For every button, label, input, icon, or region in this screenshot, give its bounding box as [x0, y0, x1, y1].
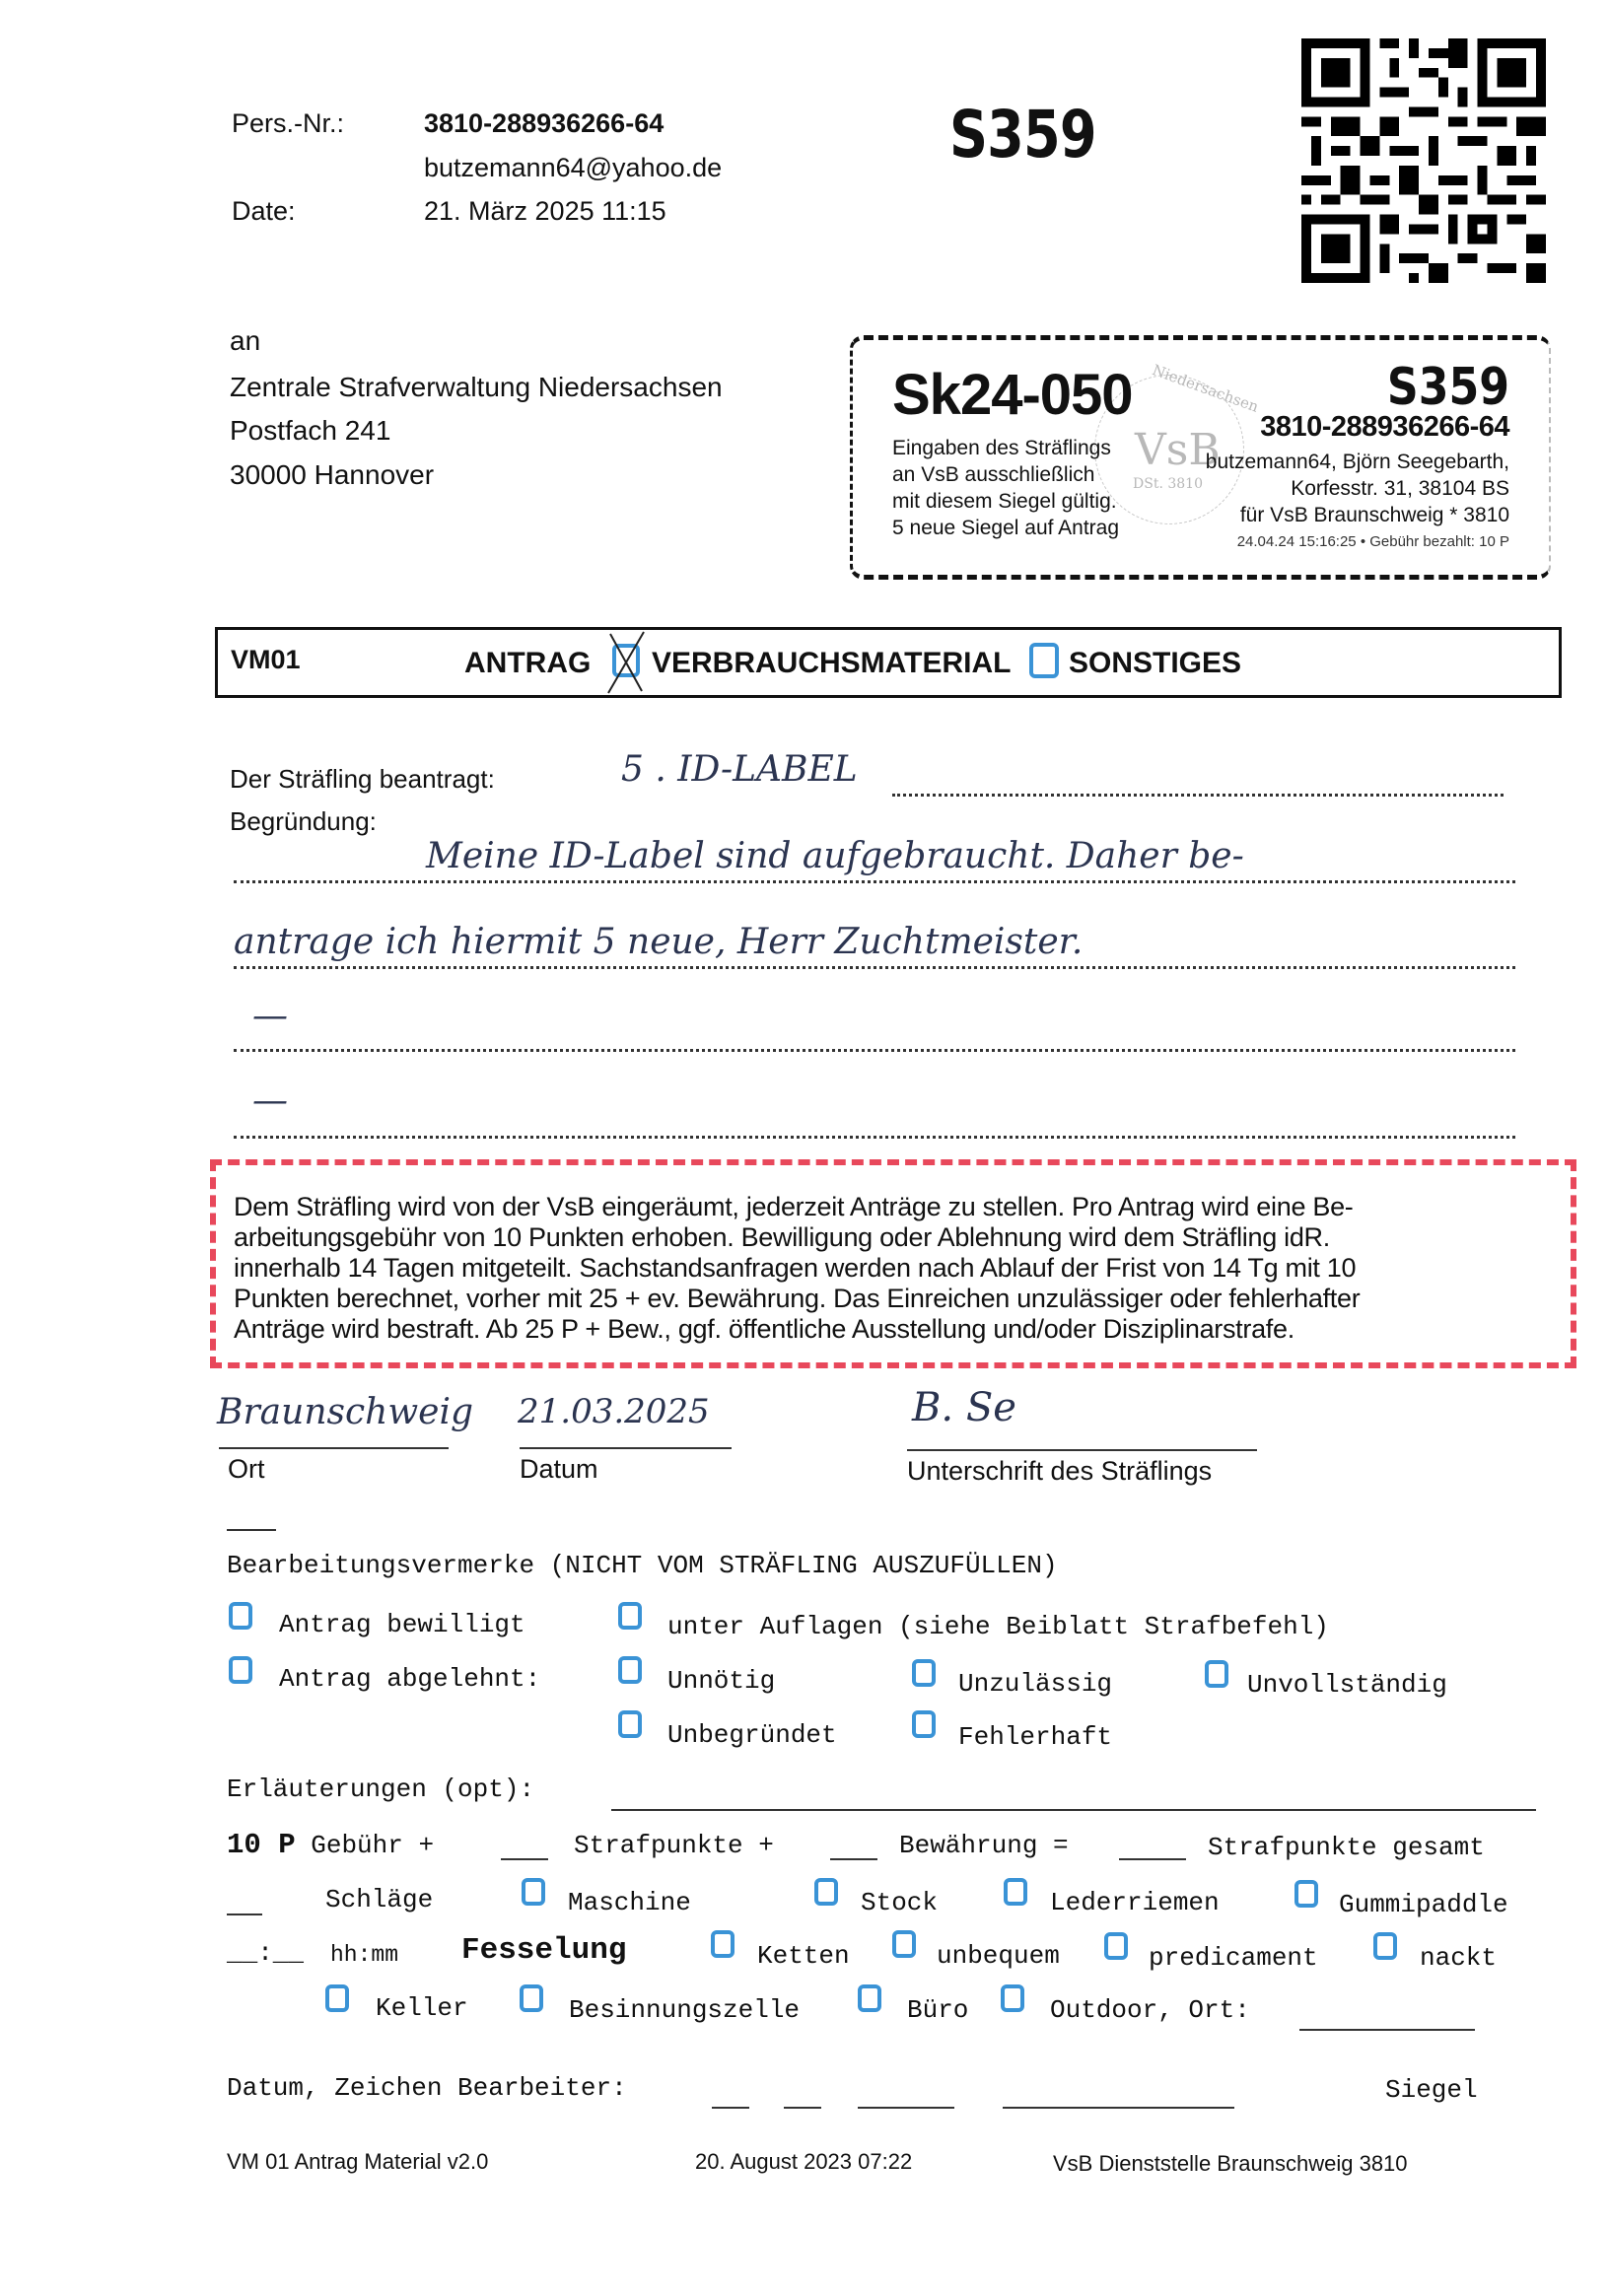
explanations-input[interactable]	[611, 1809, 1536, 1811]
checkbox-fehlerhaft[interactable]	[912, 1710, 936, 1738]
date-line	[520, 1447, 732, 1449]
email: butzemann64@yahoo.de	[424, 153, 722, 183]
total-input[interactable]	[1119, 1858, 1186, 1860]
inmate-code: S359	[949, 97, 1096, 173]
qr-code-icon	[1301, 37, 1546, 284]
conditional-label: unter Auflagen (siehe Beiblatt Strafbefe…	[667, 1612, 1329, 1641]
signature-label: Unterschrift des Sträflings	[907, 1456, 1212, 1487]
outdoor-location-input[interactable]	[1299, 2029, 1475, 2031]
checkbox-unbequem[interactable]	[892, 1930, 916, 1958]
restraint-label: Fesselung	[461, 1933, 626, 1968]
processor-label: Datum, Zeichen Bearbeiter:	[227, 2073, 627, 2103]
strokes-option: Stock	[861, 1888, 938, 1917]
date-label: Date:	[232, 196, 296, 227]
checkbox-lederriemen[interactable]	[1004, 1878, 1027, 1906]
form-code: VM01	[231, 645, 301, 675]
strokes-option: Maschine	[568, 1888, 691, 1917]
checkbox-stock[interactable]	[814, 1878, 838, 1906]
footer-office: VsB Dienststelle Braunschweig 3810	[1053, 2151, 1408, 2177]
checkbox-besinnungszelle[interactable]	[520, 1984, 543, 2012]
reason-unnoetig: Unnötig	[667, 1666, 775, 1696]
reason-line[interactable]: —	[252, 996, 288, 1036]
checkbox-maschine[interactable]	[522, 1878, 545, 1906]
checkbox-unnoetig[interactable]	[618, 1656, 642, 1684]
dotted-line	[892, 794, 1504, 797]
checkbox-keller[interactable]	[325, 1984, 349, 2012]
time-input[interactable]: __:__	[227, 1938, 304, 1968]
notice-text: Dem Sträfling wird von der VsB eingeräum…	[234, 1192, 1360, 1345]
checkbox-unbegruendet[interactable]	[618, 1710, 642, 1738]
date-label-sig: Datum	[520, 1454, 598, 1485]
seal-label: Siegel	[1385, 2075, 1478, 2105]
reason-line[interactable]: Meine ID-Label sind aufgebraucht. Daher …	[426, 836, 1244, 876]
probation-input[interactable]	[830, 1858, 877, 1860]
approved-label: Antrag bewilligt	[279, 1610, 525, 1639]
strokes-input[interactable]	[227, 1913, 262, 1915]
signature-line	[907, 1449, 1257, 1451]
checkbox-outdoor[interactable]	[1001, 1984, 1024, 2012]
strokes-option: Lederriemen	[1050, 1888, 1220, 1917]
processor-day-input[interactable]	[712, 2107, 749, 2109]
location-option: Büro	[907, 1995, 968, 2025]
reason-fehlerhaft: Fehlerhaft	[958, 1722, 1112, 1752]
reason-unbegruendet: Unbegründet	[667, 1720, 837, 1750]
requested-label: Der Sträfling beantragt:	[230, 764, 495, 795]
penalty-points-label: Strafpunkte +	[574, 1831, 774, 1860]
checkbox-conditional[interactable]	[618, 1602, 642, 1630]
time-format: hh:mm	[330, 1942, 398, 1968]
recipient-line: 30000 Hannover	[230, 459, 434, 491]
stamp-code: Sk24-050	[892, 362, 1133, 428]
checkbox-nackt[interactable]	[1373, 1932, 1397, 1960]
restraint-option: predicament	[1149, 1943, 1318, 1973]
restraint-option: nackt	[1420, 1943, 1497, 1973]
request-type-box: VM01 ANTRAG VERBRAUCHSMATERIAL SONSTIGES	[215, 627, 1562, 698]
notice-box: Dem Sträfling wird von der VsB eingeräum…	[210, 1159, 1576, 1368]
stamp-info-left: Eingaben des Sträflings an VsB ausschlie…	[892, 435, 1119, 541]
place-label: Ort	[228, 1454, 265, 1485]
reason-label: Begründung:	[230, 806, 377, 837]
reason-line[interactable]: antrage ich hiermit 5 neue, Herr Zuchtme…	[234, 922, 1083, 962]
processing-title: Bearbeitungsvermerke (NICHT VOM STRÄFLIN…	[227, 1551, 1058, 1580]
dotted-line	[234, 1049, 1515, 1052]
signature-value[interactable]: B. Se	[912, 1385, 1016, 1430]
reason-unvollstaendig: Unvollständig	[1247, 1670, 1447, 1700]
strokes-label: Schläge	[325, 1885, 433, 1914]
processor-sign-input[interactable]	[1003, 2107, 1234, 2109]
reason-line[interactable]: —	[252, 1080, 288, 1121]
location-option: Besinnungszelle	[569, 1995, 800, 2025]
checkbox-predicament[interactable]	[1104, 1932, 1128, 1960]
recipient-line: Postfach 241	[230, 415, 390, 447]
date-value: 21. März 2025 11:15	[424, 196, 666, 227]
explanations-label: Erläuterungen (opt):	[227, 1774, 534, 1804]
date-value-handwritten[interactable]: 21.03.2025	[518, 1392, 710, 1431]
processor-year-input[interactable]	[858, 2107, 954, 2109]
stamp-footer: 24.04.24 15:16:25 • Gebühr bezahlt: 10 P	[1237, 533, 1509, 550]
checkbox-unzulaessig[interactable]	[912, 1659, 936, 1687]
checkbox-approved[interactable]	[229, 1602, 252, 1630]
place-value[interactable]: Braunschweig	[217, 1392, 473, 1432]
recipient-line: Zentrale Strafverwaltung Niedersachsen	[230, 372, 723, 403]
postage-stamp-label: VsB DSt. 3810 Niedersachsen Sk24-050 S35…	[850, 335, 1551, 580]
checkbox-gummipaddle[interactable]	[1294, 1880, 1318, 1908]
rejected-label: Antrag abgelehnt:	[279, 1664, 540, 1694]
strokes-option: Gummipaddle	[1339, 1890, 1508, 1919]
footer-form-name: VM 01 Antrag Material v2.0	[227, 2149, 488, 2175]
reason-unzulaessig: Unzulässig	[958, 1669, 1112, 1699]
pers-nr-label: Pers.-Nr.:	[232, 108, 344, 139]
processor-month-input[interactable]	[784, 2107, 821, 2109]
dotted-line	[234, 880, 1515, 883]
dotted-line	[234, 1136, 1515, 1139]
checkmark-x-icon	[604, 630, 648, 695]
checkbox-verbrauchsmaterial[interactable]	[612, 644, 640, 677]
checkbox-ketten[interactable]	[711, 1930, 735, 1958]
stamp-pers-nr: 3810-288936266-64	[1260, 411, 1509, 444]
location-option: Keller	[376, 1993, 468, 2023]
separator	[227, 1529, 276, 1531]
checkbox-sonstiges[interactable]	[1029, 643, 1059, 678]
place-line	[219, 1447, 449, 1449]
pers-nr-value: 3810-288936266-64	[424, 108, 664, 139]
checkbox-unvollstaendig[interactable]	[1205, 1660, 1228, 1688]
option-sonstiges: SONSTIGES	[1069, 647, 1241, 680]
checkbox-rejected[interactable]	[229, 1656, 252, 1684]
dotted-line	[234, 966, 1515, 969]
option-verbrauchsmaterial: VERBRAUCHSMATERIAL	[652, 647, 1011, 680]
recipient-prefix: an	[230, 325, 260, 357]
location-option: Outdoor, Ort:	[1050, 1995, 1250, 2025]
requested-value[interactable]: 5 . ID-LABEL	[621, 749, 858, 790]
restraint-option: unbequem	[937, 1941, 1060, 1971]
stamp-inmate-code: S359	[1387, 358, 1509, 417]
footer-form-date: 20. August 2023 07:22	[695, 2149, 912, 2175]
total-label: Strafpunkte gesamt	[1208, 1833, 1485, 1862]
penalty-points-input[interactable]	[501, 1858, 548, 1860]
checkbox-buero[interactable]	[858, 1984, 881, 2012]
stamp-info-right: butzemann64, Björn Seegebarth, Korfesstr…	[1206, 449, 1509, 528]
fee-row: 10 P Gebühr +	[227, 1829, 434, 1861]
probation-label: Bewährung =	[899, 1831, 1069, 1860]
type-prefix: ANTRAG	[464, 647, 591, 680]
restraint-option: Ketten	[757, 1941, 850, 1971]
